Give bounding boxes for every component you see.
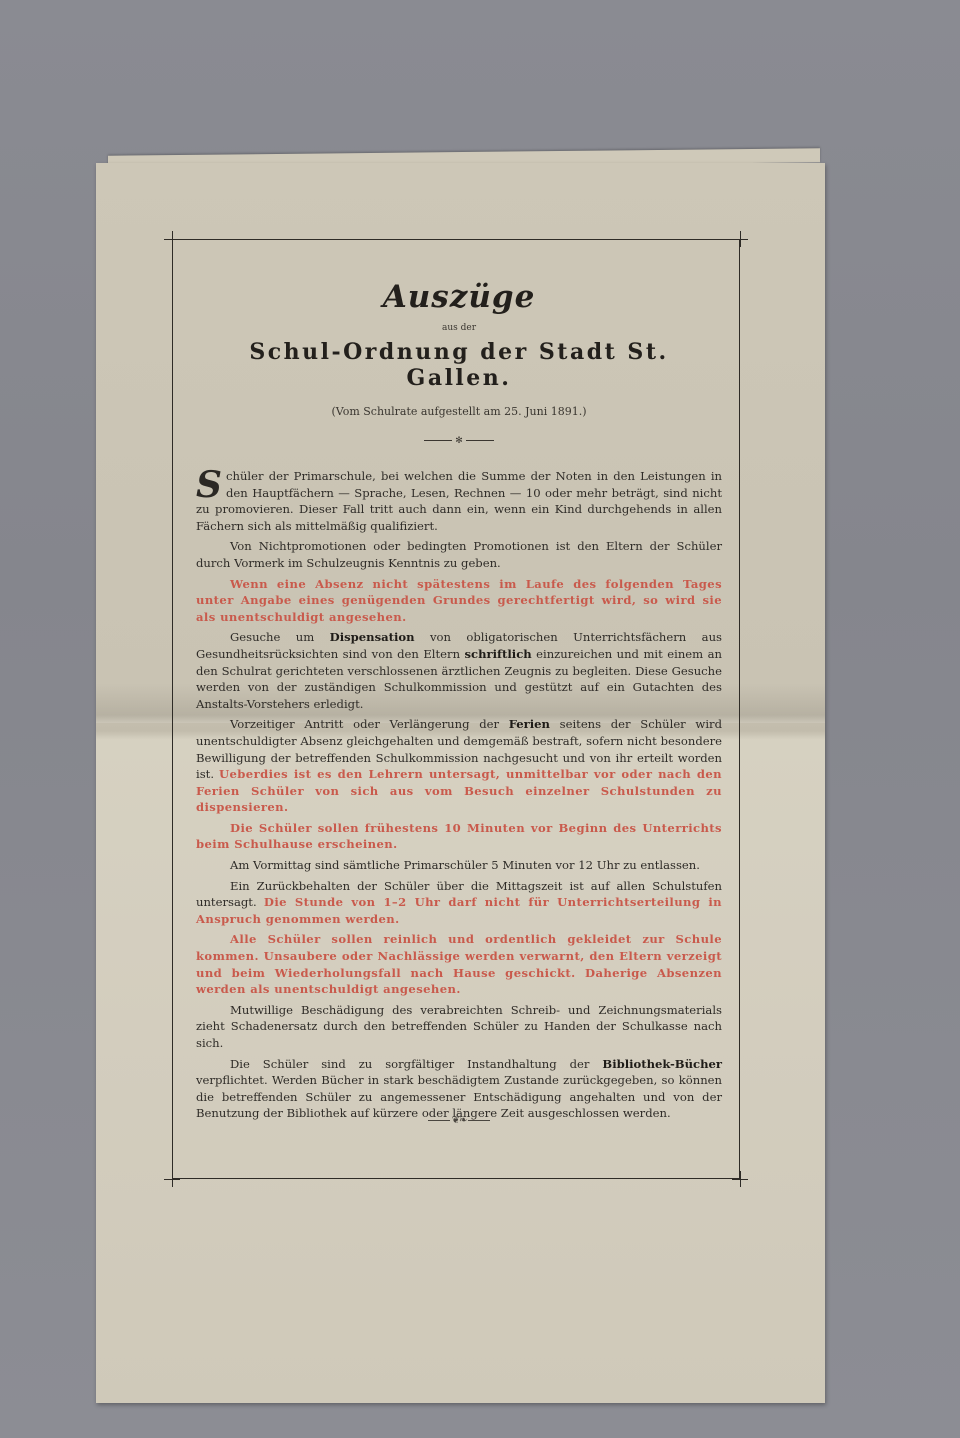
document-subtitle: Schul-Ordnung der Stadt St. Gallen. (196, 339, 722, 391)
corner-ornament-icon (732, 231, 748, 247)
paragraph: Vorzeitiger Antritt oder Verlängerung de… (196, 716, 722, 816)
paragraph: Schüler der Primarschule, bei welchen di… (196, 468, 722, 534)
paragraph: Gesuche um Dispensation von obligatorisc… (196, 629, 722, 712)
paragraph: Wenn eine Absenz nicht spätestens im Lau… (196, 576, 722, 626)
paragraph: Mutwillige Beschädigung des verabreichte… (196, 1002, 722, 1052)
document-content: Auszüge aus der Schul-Ordnung der Stadt … (196, 273, 722, 1126)
body-text: Vorzeitiger Antritt oder Verlängerung de… (230, 717, 509, 731)
issued-note: (Vom Schulrate aufgestellt am 25. Juni 1… (196, 405, 722, 418)
title-connector: aus der (196, 323, 722, 333)
red-emphasis-text: Die Stunde von 1–2 Uhr darf nicht für Un… (196, 895, 722, 926)
title-ornament: ✻ (196, 430, 722, 440)
body-text: Gesuche um (230, 630, 330, 644)
paragraph: Ein Zurückbehalten der Schüler über die … (196, 878, 722, 928)
document-title: Auszüge (196, 279, 722, 315)
body-text: Die Schüler sind zu sorgfältiger Instand… (230, 1057, 602, 1071)
regulations-text: Schüler der Primarschule, bei welchen di… (196, 468, 722, 1122)
corner-ornament-icon (732, 1171, 748, 1187)
red-emphasis-text: Die Schüler sollen frühestens 10 Minuten… (196, 821, 722, 852)
end-ornament: ❦❧ (414, 1110, 504, 1129)
paragraph: Alle Schüler sollen reinlich und ordentl… (196, 931, 722, 997)
bold-keyword: schriftlich (465, 647, 532, 661)
ornament-star-icon: ✻ (455, 436, 463, 446)
corner-ornament-icon (164, 1171, 180, 1187)
bold-keyword: Bibliothek-Bücher (602, 1057, 722, 1071)
body-text: chüler der Primarschule, bei welchen die… (196, 469, 722, 533)
bold-keyword: Dispensation (330, 630, 415, 644)
red-emphasis-text: Wenn eine Absenz nicht spätestens im Lau… (196, 577, 722, 624)
drop-cap: S (196, 470, 222, 500)
paragraph: Am Vormittag sind sämtliche Primarschüle… (196, 857, 722, 874)
body-text: Mutwillige Beschädigung des verabreichte… (196, 1003, 722, 1050)
paragraph: Die Schüler sollen frühestens 10 Minuten… (196, 820, 722, 853)
bold-keyword: Ferien (509, 717, 550, 731)
body-text: Von Nichtpromotionen oder bedingten Prom… (196, 539, 722, 570)
paragraph: Von Nichtpromotionen oder bedingten Prom… (196, 538, 722, 571)
corner-ornament-icon (164, 231, 180, 247)
body-text: Am Vormittag sind sämtliche Primarschüle… (230, 858, 700, 872)
printed-sheet: Auszüge aus der Schul-Ordnung der Stadt … (96, 163, 825, 1403)
floral-ornament-icon: ❦❧ (452, 1115, 467, 1126)
red-emphasis-text: Ueberdies ist es den Lehrern untersagt, … (196, 767, 722, 814)
red-emphasis-text: Alle Schüler sollen reinlich und ordentl… (196, 932, 722, 996)
